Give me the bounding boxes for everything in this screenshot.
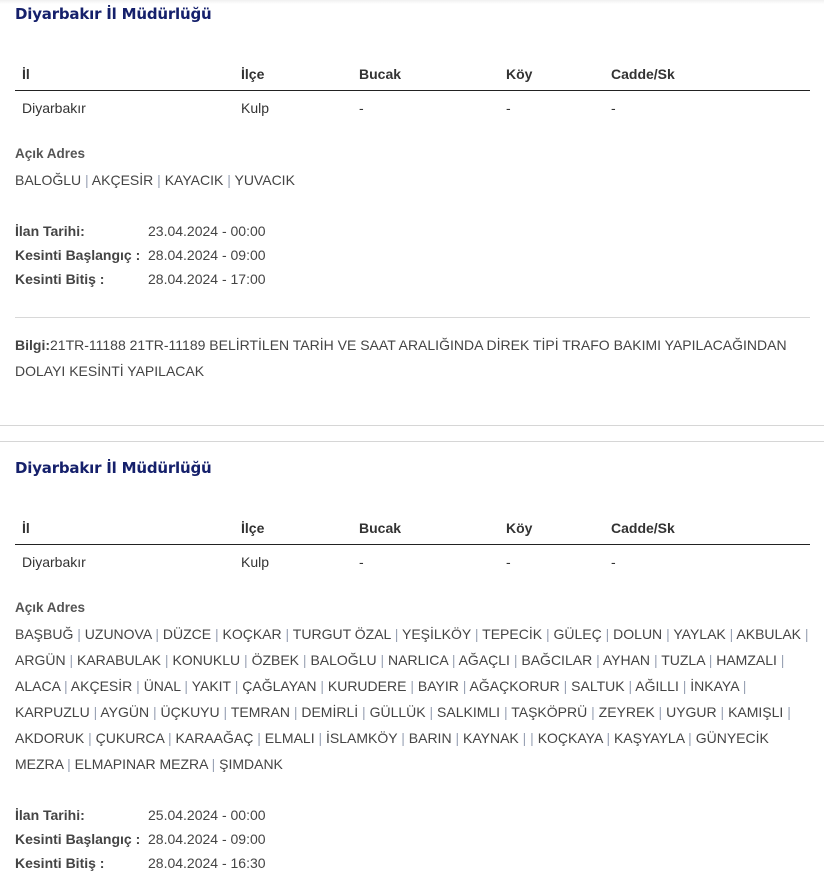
address-item: AKÇESİR <box>92 172 153 188</box>
address-item: ELMALI <box>265 730 315 746</box>
address-item: AĞAÇKORUR <box>470 678 560 694</box>
address-item: SALKIMLI <box>437 704 500 720</box>
address-label: Açık Adres <box>15 146 85 161</box>
header-ilce: İlçe <box>234 58 352 90</box>
dates-block: İlan Tarihi:23.04.2024 - 00:00Kesinti Ba… <box>15 219 266 291</box>
address-item: ÜÇKUYU <box>161 704 220 720</box>
address-item: HAMZALI <box>716 652 777 668</box>
separator: | <box>88 730 92 746</box>
header-il: İl <box>15 58 234 90</box>
date-label: Kesinti Başlangıç : <box>15 827 148 851</box>
header-koy: Köy <box>499 58 604 90</box>
location-table: İl İlçe Bucak Köy Cadde/Sk Diyarbakır Ku… <box>15 58 810 126</box>
separator: | <box>401 730 405 746</box>
cell-koy: - <box>499 90 604 126</box>
header-ilce: İlçe <box>234 512 352 544</box>
address-item: AYHAN <box>603 652 650 668</box>
separator: | <box>709 652 713 668</box>
separator: | <box>659 704 663 720</box>
address-item: ELMAPINAR MEZRA <box>75 756 208 772</box>
date-label: Kesinti Başlangıç : <box>15 243 148 267</box>
separator: | <box>805 626 809 642</box>
separator: | <box>475 626 479 642</box>
date-value: 28.04.2024 - 09:00 <box>148 827 266 851</box>
location-table: İl İlçe Bucak Köy Cadde/Sk Diyarbakır Ku… <box>15 512 810 580</box>
separator: | <box>504 704 508 720</box>
separator: | <box>380 652 384 668</box>
card-separator <box>0 425 824 426</box>
address-item: SALTUK <box>571 678 624 694</box>
address-item: ÖZBEK <box>252 652 299 668</box>
separator: | <box>629 678 633 694</box>
cell-koy: - <box>499 544 604 580</box>
cell-bucak: - <box>352 544 499 580</box>
separator: | <box>168 730 172 746</box>
separator: | <box>654 652 658 668</box>
separator: | <box>165 652 169 668</box>
address-item: KAYACIK <box>165 172 224 188</box>
address-item: KOÇKAR <box>223 626 282 642</box>
separator: | <box>153 704 157 720</box>
cell-bucak: - <box>352 90 499 126</box>
date-label: Kesinti Bitiş : <box>15 267 148 291</box>
separator: | <box>286 626 290 642</box>
separator: | <box>85 172 89 188</box>
separator: | <box>294 704 298 720</box>
date-row: İlan Tarihi:25.04.2024 - 00:00 <box>15 803 266 827</box>
address-item: DOLUN <box>613 626 662 642</box>
separator: | <box>430 704 434 720</box>
separator: | <box>591 704 595 720</box>
card-title: Diyarbakır İl Müdürlüğü <box>15 459 212 477</box>
address-item: KARAAĞAÇ <box>176 730 254 746</box>
address-item: ARGÜN <box>15 652 66 668</box>
address-item: TEMRAN <box>231 704 290 720</box>
separator: | <box>683 678 687 694</box>
separator: | <box>157 172 161 188</box>
address-item: DEMİRLİ <box>301 704 358 720</box>
separator: | <box>77 626 81 642</box>
date-value: 25.04.2024 - 00:00 <box>148 803 266 827</box>
separator: | <box>530 730 534 746</box>
address-item: İNKAYA <box>690 678 739 694</box>
address-item: AĞAÇLI <box>459 652 510 668</box>
address-item: KARPUZLU <box>15 704 90 720</box>
date-row: Kesinti Başlangıç :28.04.2024 - 09:00 <box>15 827 266 851</box>
address-item: GÜLLÜK <box>370 704 426 720</box>
date-label: İlan Tarihi: <box>15 803 148 827</box>
address-item: ŞIMDANK <box>219 756 283 772</box>
separator: | <box>721 704 725 720</box>
date-value: 28.04.2024 - 17:00 <box>148 267 266 291</box>
separator: | <box>564 678 568 694</box>
separator: | <box>64 678 68 694</box>
date-row: İlan Tarihi:23.04.2024 - 00:00 <box>15 219 266 243</box>
address-item: DÜZCE <box>163 626 211 642</box>
separator: | <box>136 678 140 694</box>
address-label: Açık Adres <box>15 600 85 615</box>
separator: | <box>244 652 248 668</box>
separator: | <box>227 172 231 188</box>
separator: | <box>212 756 216 772</box>
address-item: YAKIT <box>192 678 231 694</box>
cell-cadde: - <box>604 90 810 126</box>
address-item: ALACA <box>15 678 60 694</box>
address-item: NARLICA <box>388 652 448 668</box>
date-value: 28.04.2024 - 09:00 <box>148 243 266 267</box>
separator: | <box>688 730 692 746</box>
address-item: AYGÜN <box>100 704 149 720</box>
info-text: Bilgi:21TR-11188 21TR-11189 BELİRTİLEN T… <box>15 332 810 384</box>
cell-ilce: Kulp <box>234 90 352 126</box>
address-item: BAŞBUĞ <box>15 626 73 642</box>
separator: | <box>362 704 366 720</box>
header-koy: Köy <box>499 512 604 544</box>
address-item: KURUDERE <box>328 678 407 694</box>
address-item: KAŞYAYLA <box>614 730 684 746</box>
address-item: ÇUKURCA <box>96 730 164 746</box>
address-item: YAYLAK <box>673 626 725 642</box>
address-item: KARABULAK <box>77 652 161 668</box>
cell-cadde: - <box>604 544 810 580</box>
separator: | <box>67 756 71 772</box>
address-item: BARIN <box>409 730 452 746</box>
address-list: BALOĞLU | AKÇESİR | KAYACIK | YUVACIK <box>15 167 810 193</box>
address-item: TEPECİK <box>482 626 542 642</box>
table-row: Diyarbakır Kulp - - - <box>15 90 810 126</box>
date-value: 23.04.2024 - 00:00 <box>148 219 266 243</box>
address-item: TAŞKÖPRÜ <box>511 704 587 720</box>
separator: | <box>606 626 610 642</box>
separator: | <box>155 626 159 642</box>
separator: | <box>730 626 734 642</box>
date-row: Kesinti Bitiş :28.04.2024 - 17:00 <box>15 267 266 291</box>
cell-il: Diyarbakır <box>15 544 234 580</box>
address-list: BAŞBUĞ | UZUNOVA | DÜZCE | KOÇKAR | TURG… <box>15 621 810 777</box>
separator: | <box>410 678 414 694</box>
address-item: BALOĞLU <box>15 172 81 188</box>
date-row: Kesinti Bitiş :28.04.2024 - 16:30 <box>15 851 266 874</box>
address-item: BAYIR <box>418 678 459 694</box>
address-item: YUVACIK <box>234 172 294 188</box>
header-bucak: Bucak <box>352 512 499 544</box>
date-row: Kesinti Başlangıç :28.04.2024 - 09:00 <box>15 243 266 267</box>
address-item: TURGUT ÖZAL <box>293 626 391 642</box>
outage-card-2: Diyarbakır İl Müdürlüğü İl İlçe Bucak Kö… <box>0 441 824 874</box>
separator: | <box>514 652 518 668</box>
separator: | <box>94 704 98 720</box>
separator: | <box>235 678 239 694</box>
header-cadde: Cadde/Sk <box>604 512 810 544</box>
separator: | <box>303 652 307 668</box>
address-item: GÜLEÇ <box>554 626 602 642</box>
date-value: 28.04.2024 - 16:30 <box>148 851 266 874</box>
dates-block: İlan Tarihi:25.04.2024 - 00:00Kesinti Ba… <box>15 803 266 874</box>
header-bucak: Bucak <box>352 58 499 90</box>
separator: | <box>523 730 527 746</box>
date-label: İlan Tarihi: <box>15 219 148 243</box>
separator: | <box>546 626 550 642</box>
address-item: AKBULAK <box>736 626 801 642</box>
separator: | <box>257 730 261 746</box>
address-item: BALOĞLU <box>310 652 376 668</box>
address-item: UYGUR <box>666 704 717 720</box>
separator: | <box>184 678 188 694</box>
date-label: Kesinti Bitiş : <box>15 851 148 874</box>
outage-card-1: Diyarbakır İl Müdürlüğü İl İlçe Bucak Kö… <box>0 0 824 425</box>
cell-il: Diyarbakır <box>15 90 234 126</box>
separator: | <box>606 730 610 746</box>
info-label: Bilgi: <box>15 337 50 353</box>
address-item: TUZLA <box>661 652 705 668</box>
divider <box>15 317 810 318</box>
separator: | <box>224 704 228 720</box>
address-item: AĞILLI <box>635 678 679 694</box>
address-item: AKDORUK <box>15 730 84 746</box>
separator: | <box>666 626 670 642</box>
address-item: UZUNOVA <box>85 626 152 642</box>
card-title: Diyarbakır İl Müdürlüğü <box>15 5 212 23</box>
header-il: İl <box>15 512 234 544</box>
separator: | <box>781 652 785 668</box>
address-item: İSLAMKÖY <box>326 730 397 746</box>
separator: | <box>455 730 459 746</box>
separator: | <box>395 626 399 642</box>
separator: | <box>318 730 322 746</box>
table-row: Diyarbakır Kulp - - - <box>15 544 810 580</box>
info-body: 21TR-11188 21TR-11189 BELİRTİLEN TARİH V… <box>15 337 787 379</box>
separator: | <box>215 626 219 642</box>
address-item: KAYNAK <box>463 730 519 746</box>
separator: | <box>69 652 73 668</box>
separator: | <box>452 652 456 668</box>
address-item: AKÇESİR <box>71 678 132 694</box>
address-item: ÜNAL <box>144 678 181 694</box>
address-item: KOÇKAYA <box>538 730 603 746</box>
separator: | <box>320 678 324 694</box>
address-item: ÇAĞLAYAN <box>242 678 316 694</box>
table-header-row: İl İlçe Bucak Köy Cadde/Sk <box>15 512 810 544</box>
separator: | <box>463 678 467 694</box>
separator: | <box>596 652 600 668</box>
address-item: KAMIŞLI <box>728 704 783 720</box>
address-item: KONUKLU <box>172 652 240 668</box>
separator: | <box>787 704 791 720</box>
cell-ilce: Kulp <box>234 544 352 580</box>
address-item: ZEYREK <box>599 704 655 720</box>
separator: | <box>743 678 747 694</box>
address-item: YEŞİLKÖY <box>402 626 471 642</box>
header-cadde: Cadde/Sk <box>604 58 810 90</box>
address-item: BAĞCILAR <box>521 652 592 668</box>
table-header-row: İl İlçe Bucak Köy Cadde/Sk <box>15 58 810 90</box>
